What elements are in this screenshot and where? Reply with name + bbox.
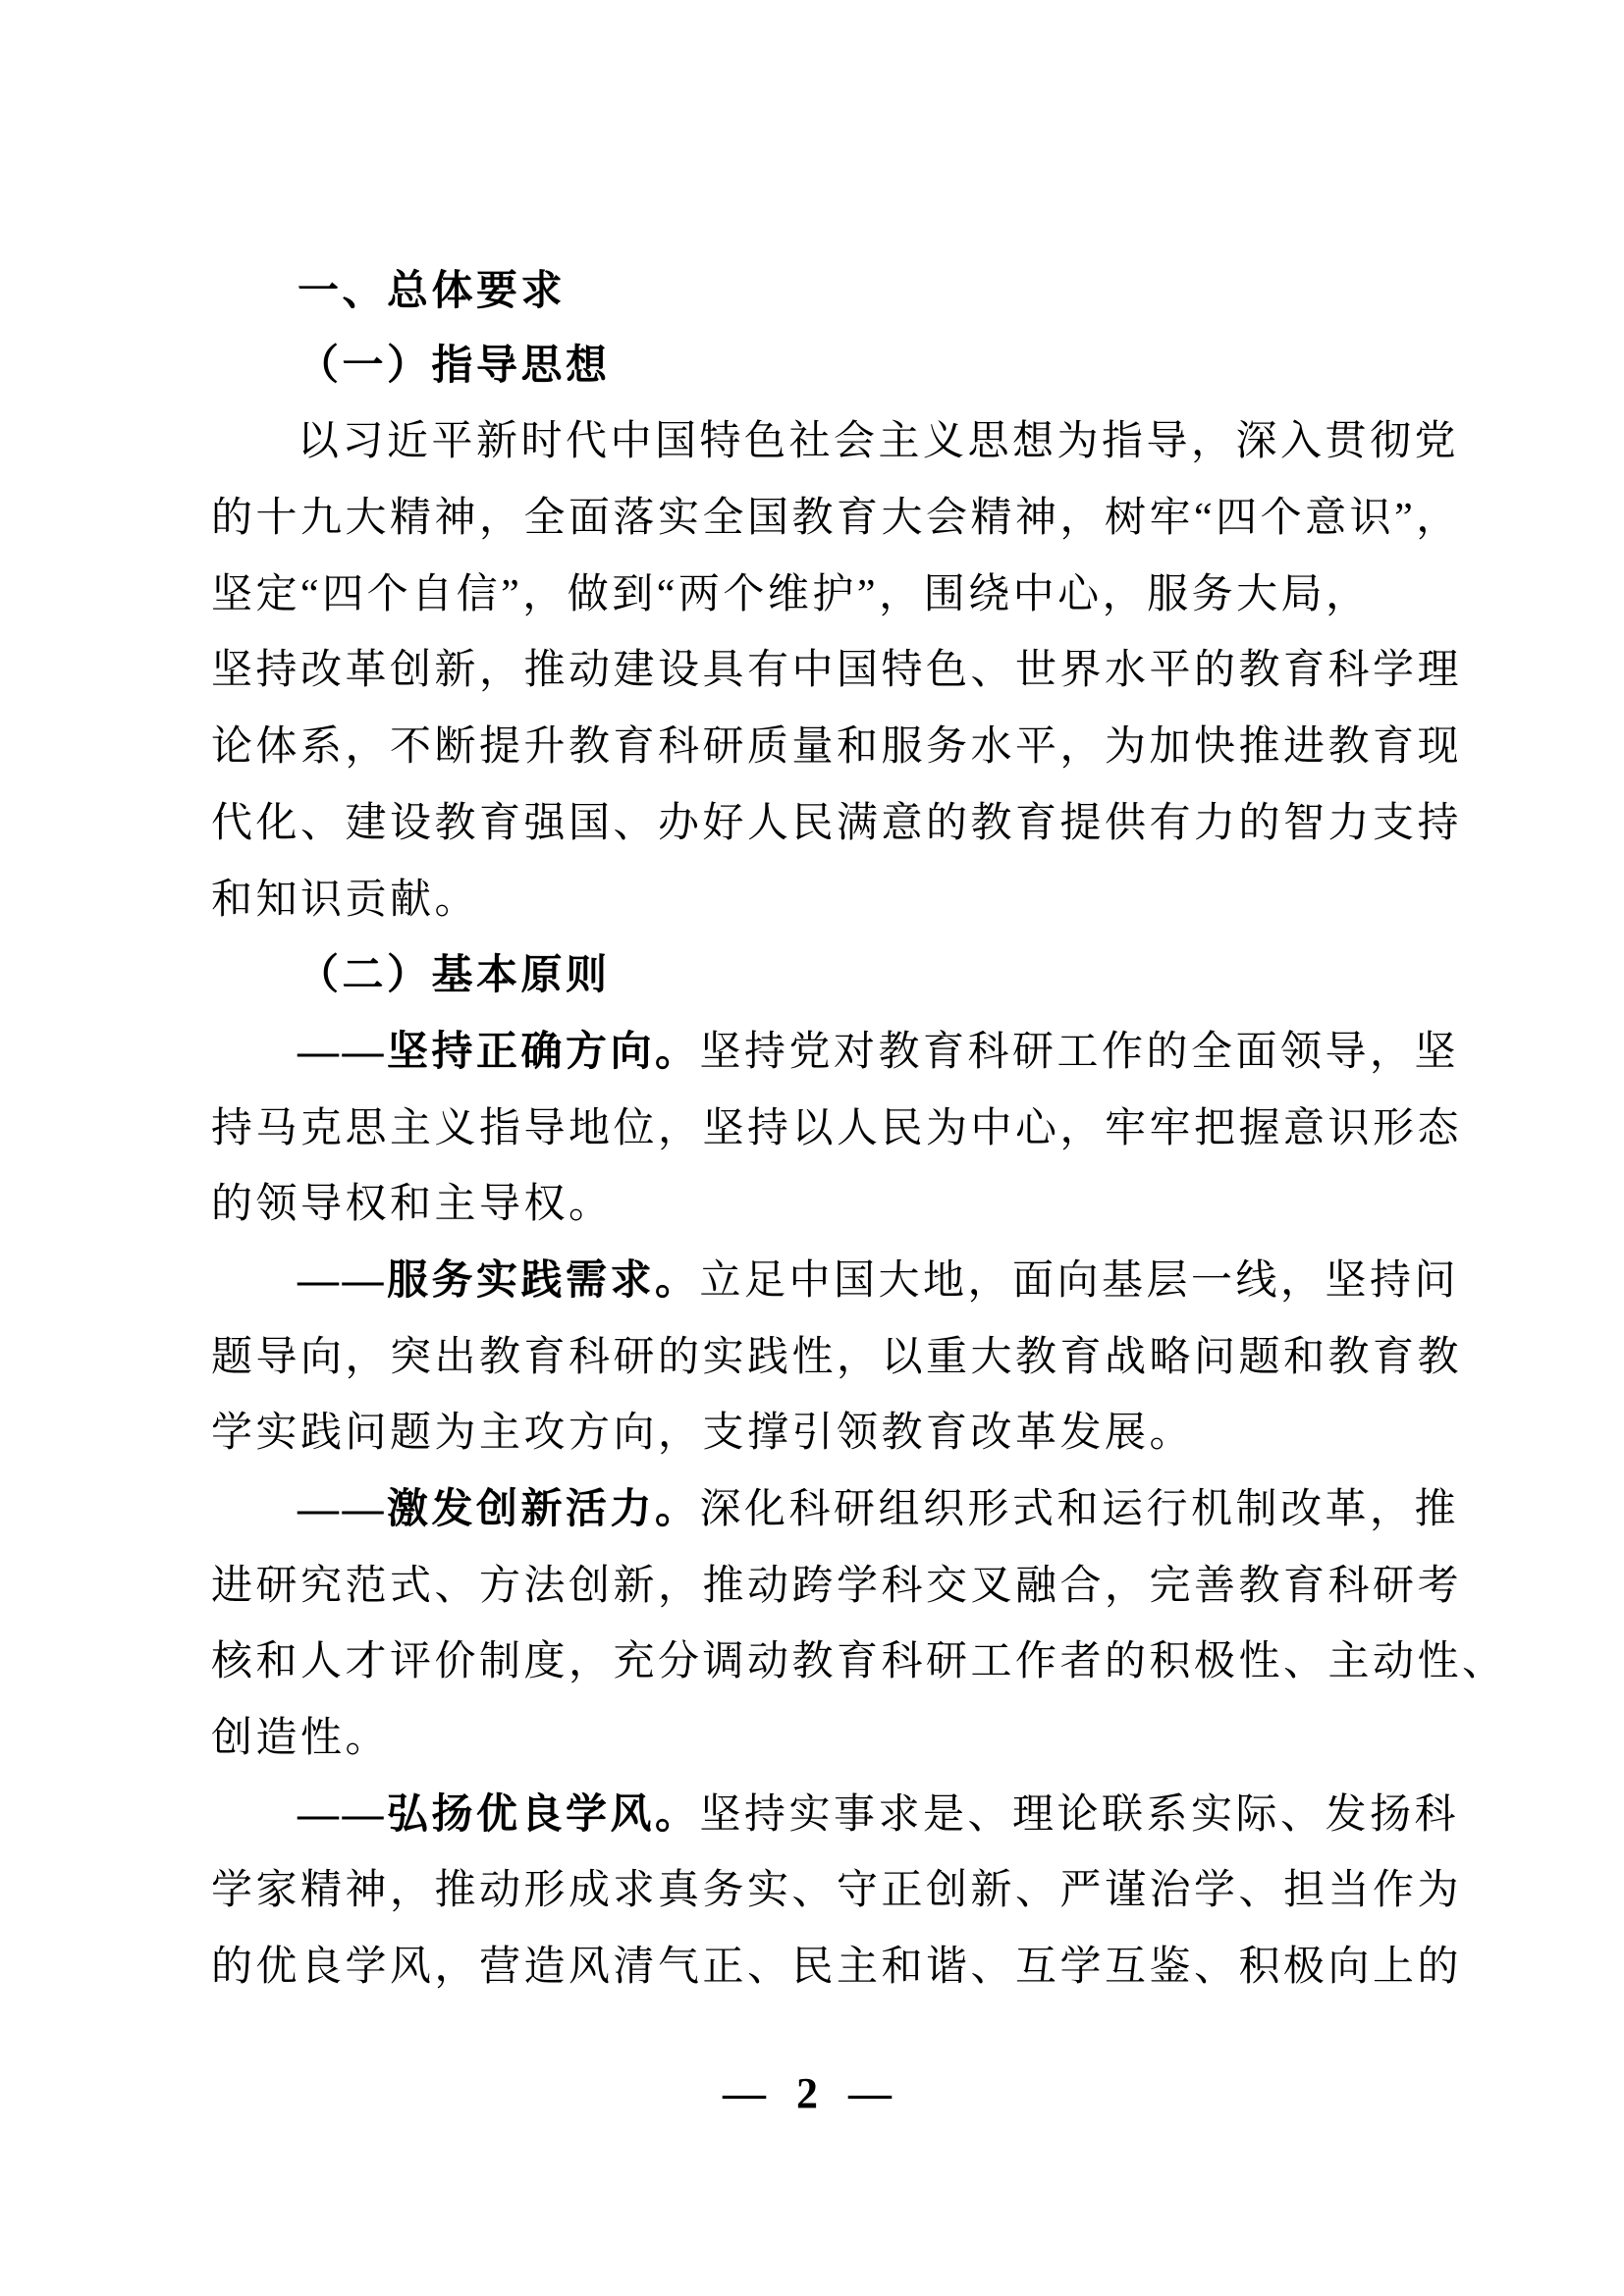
body-line: 的优良学风，营造风清气正、民主和谐、互学互鉴、积极向上的 bbox=[211, 1930, 1429, 2006]
body-text: 和知识贡献。 bbox=[211, 878, 479, 923]
body-line: ——服务实践需求。立足中国大地，面向基层一线，坚持问 bbox=[211, 1244, 1429, 1320]
subsection-heading: （二）基本原则 bbox=[211, 938, 1429, 1015]
body-line: 进研究范式、方法创新，推动跨学科交叉融合，完善教育科研考 bbox=[211, 1549, 1429, 1626]
principle-title: ——坚持正确方向。 bbox=[298, 1030, 700, 1075]
body-line: ——坚持正确方向。坚持党对教育科研工作的全面领导，坚 bbox=[211, 1015, 1429, 1092]
principle-title: ——激发创新活力。 bbox=[298, 1487, 700, 1532]
body-text: 坚持实事求是、理论联系实际、发扬科 bbox=[700, 1792, 1460, 1838]
body-text: 学实践问题为主攻方向，支撑引领教育改革发展。 bbox=[211, 1411, 1194, 1456]
subsection-heading-text: （一）指导思想 bbox=[298, 344, 611, 389]
section-heading: 一、总体要求 bbox=[211, 252, 1429, 329]
body-text: 深化科研组织形式和运行机制改革，推 bbox=[700, 1487, 1460, 1532]
body-line: 题导向，突出教育科研的实践性，以重大教育战略问题和教育教 bbox=[211, 1320, 1429, 1397]
body-line: 坚持改革创新，推动建设具有中国特色、世界水平的教育科学理 bbox=[211, 633, 1429, 710]
subsection-heading-text: （二）基本原则 bbox=[298, 953, 611, 998]
body-text: 立足中国大地，面向基层一线，坚持问 bbox=[700, 1258, 1460, 1304]
principle-title: ——弘扬优良学风。 bbox=[298, 1792, 700, 1838]
body-line: 和知识贡献。 bbox=[211, 863, 1429, 939]
body-line: 论体系，不断提升教育科研质量和服务水平，为加快推进教育现 bbox=[211, 710, 1429, 786]
body-text: 题导向，突出教育科研的实践性，以重大教育战略问题和教育教 bbox=[211, 1335, 1462, 1380]
body-line: 持马克思主义指导地位，坚持以人民为中心，牢牢把握意识形态 bbox=[211, 1092, 1429, 1168]
body-text: 坚持党对教育科研工作的全面领导，坚 bbox=[700, 1030, 1460, 1075]
subsection-heading: （一）指导思想 bbox=[211, 329, 1429, 405]
body-line: 以习近平新时代中国特色社会主义思想为指导，深入贯彻党 bbox=[211, 404, 1429, 481]
body-line: 创造性。 bbox=[211, 1701, 1429, 1778]
document-page: 一、总体要求 （一）指导思想 以习近平新时代中国特色社会主义思想为指导，深入贯彻… bbox=[0, 0, 1624, 2296]
body-line: 学家精神，推动形成求真务实、守正创新、严谨治学、担当作为 bbox=[211, 1853, 1429, 1930]
body-text: 持马克思主义指导地位，坚持以人民为中心，牢牢把握意识形态 bbox=[211, 1106, 1462, 1151]
body-line: 核和人才评价制度，充分调动教育科研工作者的积极性、主动性、 bbox=[211, 1625, 1429, 1701]
section-heading-text: 一、总体要求 bbox=[298, 267, 566, 313]
document-body: 一、总体要求 （一）指导思想 以习近平新时代中国特色社会主义思想为指导，深入贯彻… bbox=[211, 252, 1429, 2006]
body-line: 代化、建设教育强国、办好人民满意的教育提供有力的智力支持 bbox=[211, 786, 1429, 863]
body-text: 的优良学风，营造风清气正、民主和谐、互学互鉴、积极向上的 bbox=[211, 1945, 1462, 1990]
body-text: 坚定“四个自信”，做到“两个维护”，围绕中心，服务大局， bbox=[211, 572, 1371, 617]
body-text: 的十九大精神，全面落实全国教育大会精神，树牢“四个意识”， bbox=[211, 496, 1461, 541]
body-line: 的十九大精神，全面落实全国教育大会精神，树牢“四个意识”， bbox=[211, 481, 1429, 558]
body-text: 坚持改革创新，推动建设具有中国特色、世界水平的教育科学理 bbox=[211, 648, 1462, 693]
body-text: 创造性。 bbox=[211, 1716, 390, 1761]
body-line: 学实践问题为主攻方向，支撑引领教育改革发展。 bbox=[211, 1396, 1429, 1472]
body-line: 的领导权和主导权。 bbox=[211, 1167, 1429, 1244]
body-text: 的领导权和主导权。 bbox=[211, 1182, 614, 1227]
body-line: 坚定“四个自信”，做到“两个维护”，围绕中心，服务大局， bbox=[211, 558, 1429, 634]
body-line: ——弘扬优良学风。坚持实事求是、理论联系实际、发扬科 bbox=[211, 1778, 1429, 1854]
body-text: 进研究范式、方法创新，推动跨学科交叉融合，完善教育科研考 bbox=[211, 1564, 1462, 1609]
body-text: 以习近平新时代中国特色社会主义思想为指导，深入贯彻党 bbox=[298, 419, 1459, 464]
body-line: ——激发创新活力。深化科研组织形式和运行机制改革，推 bbox=[211, 1472, 1429, 1549]
body-text: 学家精神，推动形成求真务实、守正创新、严谨治学、担当作为 bbox=[211, 1868, 1462, 1913]
body-text: 代化、建设教育强国、办好人民满意的教育提供有力的智力支持 bbox=[211, 801, 1462, 846]
body-text: 论体系，不断提升教育科研质量和服务水平，为加快推进教育现 bbox=[211, 724, 1462, 770]
body-text: 核和人才评价制度，充分调动教育科研工作者的积极性、主动性、 bbox=[211, 1639, 1507, 1684]
page-number: — 2 — bbox=[0, 2061, 1624, 2126]
principle-title: ——服务实践需求。 bbox=[298, 1258, 700, 1304]
